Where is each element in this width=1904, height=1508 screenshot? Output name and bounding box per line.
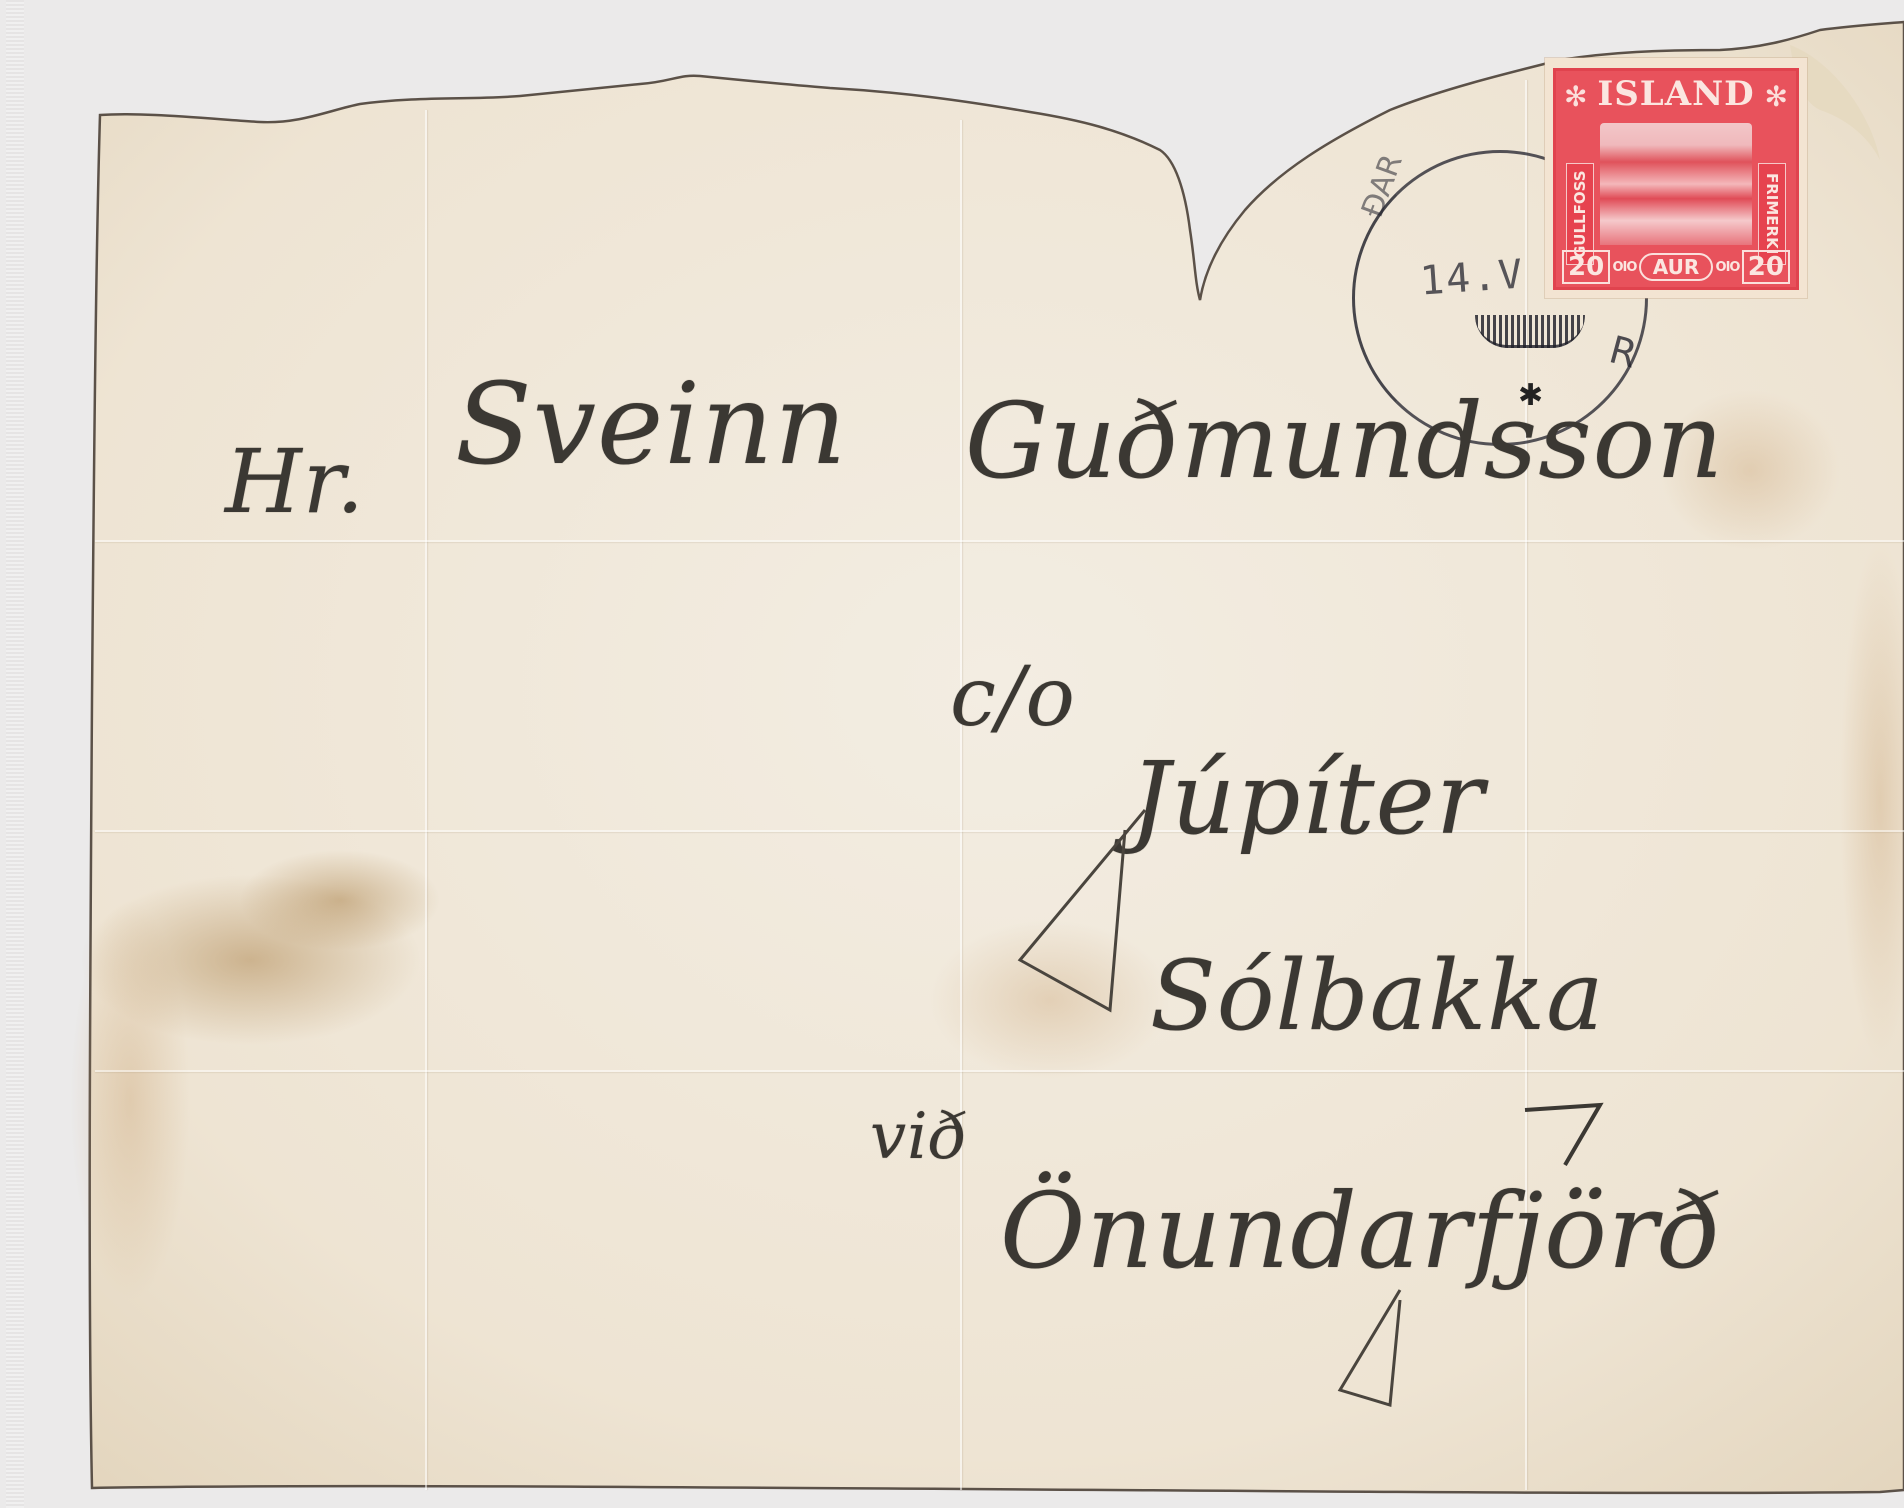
pen-flourishes	[0, 0, 1904, 1508]
